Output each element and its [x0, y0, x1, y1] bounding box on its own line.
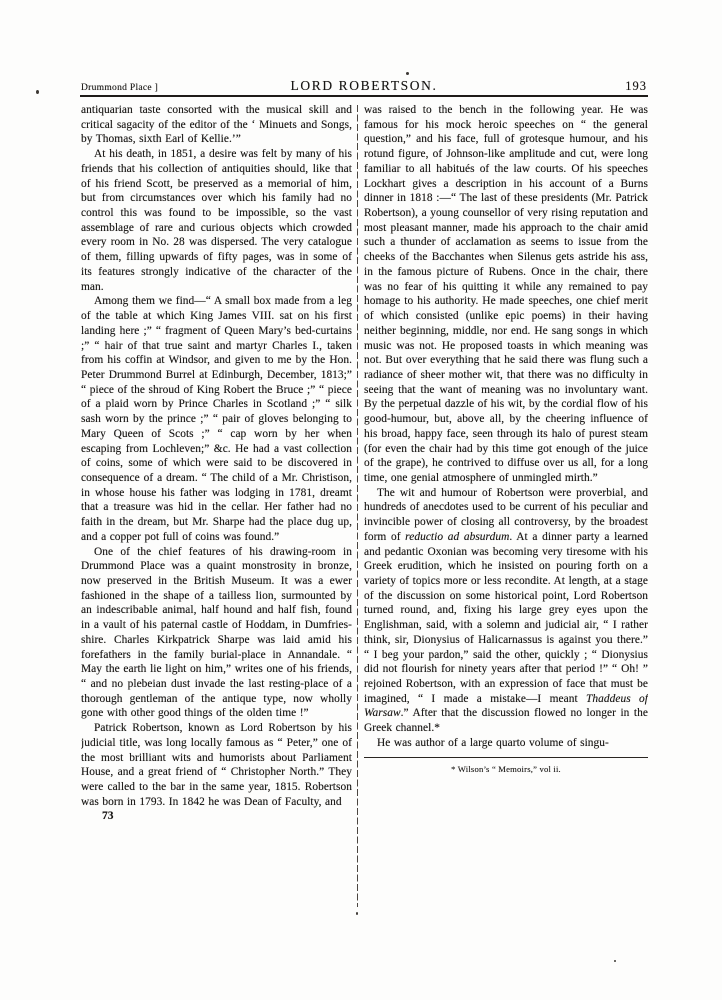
header-catch-title: Drummond Place ] [81, 83, 221, 93]
paragraph: Patrick Robertson, known as Lord Roberts… [81, 721, 352, 809]
paragraph: Among them we find—“ A small box made fr… [81, 294, 352, 544]
column-divider-rule [357, 105, 358, 907]
footnote-text: * Wilson’s “ Memoirs,” vol ii. [364, 764, 648, 774]
text-run: Among them we find—“ A small box made fr… [81, 295, 352, 543]
text-run: antiquarian taste consorted with the mus… [81, 104, 352, 145]
text-columns: antiquarian taste consorted with the mus… [81, 103, 648, 931]
text-run: .” After that the discussion flowed no l… [364, 707, 648, 734]
italic-text-run: reductio ad absurdum [405, 531, 509, 543]
scan-speck [614, 960, 616, 962]
paragraph: was raised to the bench in the following… [364, 103, 648, 486]
right-column: was raised to the bench in the following… [364, 103, 648, 931]
right-column-text: was raised to the bench in the following… [364, 103, 648, 751]
scan-speck [36, 90, 39, 94]
header-rule [80, 95, 648, 97]
text-run: was raised to the bench in the following… [364, 104, 648, 484]
footnote-rule [364, 757, 648, 759]
scan-speck [356, 912, 358, 915]
paragraph: The wit and humour of Robertson were pro… [364, 486, 648, 736]
text-run: Patrick Robertson, known as Lord Roberts… [81, 722, 352, 808]
header-page-number: 193 [507, 79, 647, 94]
paragraph: One of the chief features of his drawing… [81, 545, 352, 722]
scan-speck [406, 72, 409, 75]
text-run: . At a dinner party a learned and pedant… [364, 531, 648, 705]
left-column-text: antiquarian taste consorted with the mus… [81, 103, 352, 810]
book-page: Drummond Place ] LORD ROBERTSON. 193 ant… [0, 0, 722, 1000]
paragraph: antiquarian taste consorted with the mus… [81, 103, 352, 147]
footnote-block: * Wilson’s “ Memoirs,” vol ii. [364, 757, 648, 775]
paragraph: At his death, in 1851, a desire was felt… [81, 147, 352, 294]
running-header: Drummond Place ] LORD ROBERTSON. 193 [81, 78, 647, 94]
header-running-title: LORD ROBERTSON. [221, 78, 507, 94]
text-run: He was author of a large quarto volume o… [377, 737, 609, 749]
text-run: One of the chief features of his drawing… [81, 546, 352, 720]
left-column: antiquarian taste consorted with the mus… [81, 103, 352, 931]
signature-mark: 73 [102, 810, 352, 822]
text-run: At his death, in 1851, a desire was felt… [81, 148, 352, 292]
paragraph: He was author of a large quarto volume o… [364, 736, 648, 751]
